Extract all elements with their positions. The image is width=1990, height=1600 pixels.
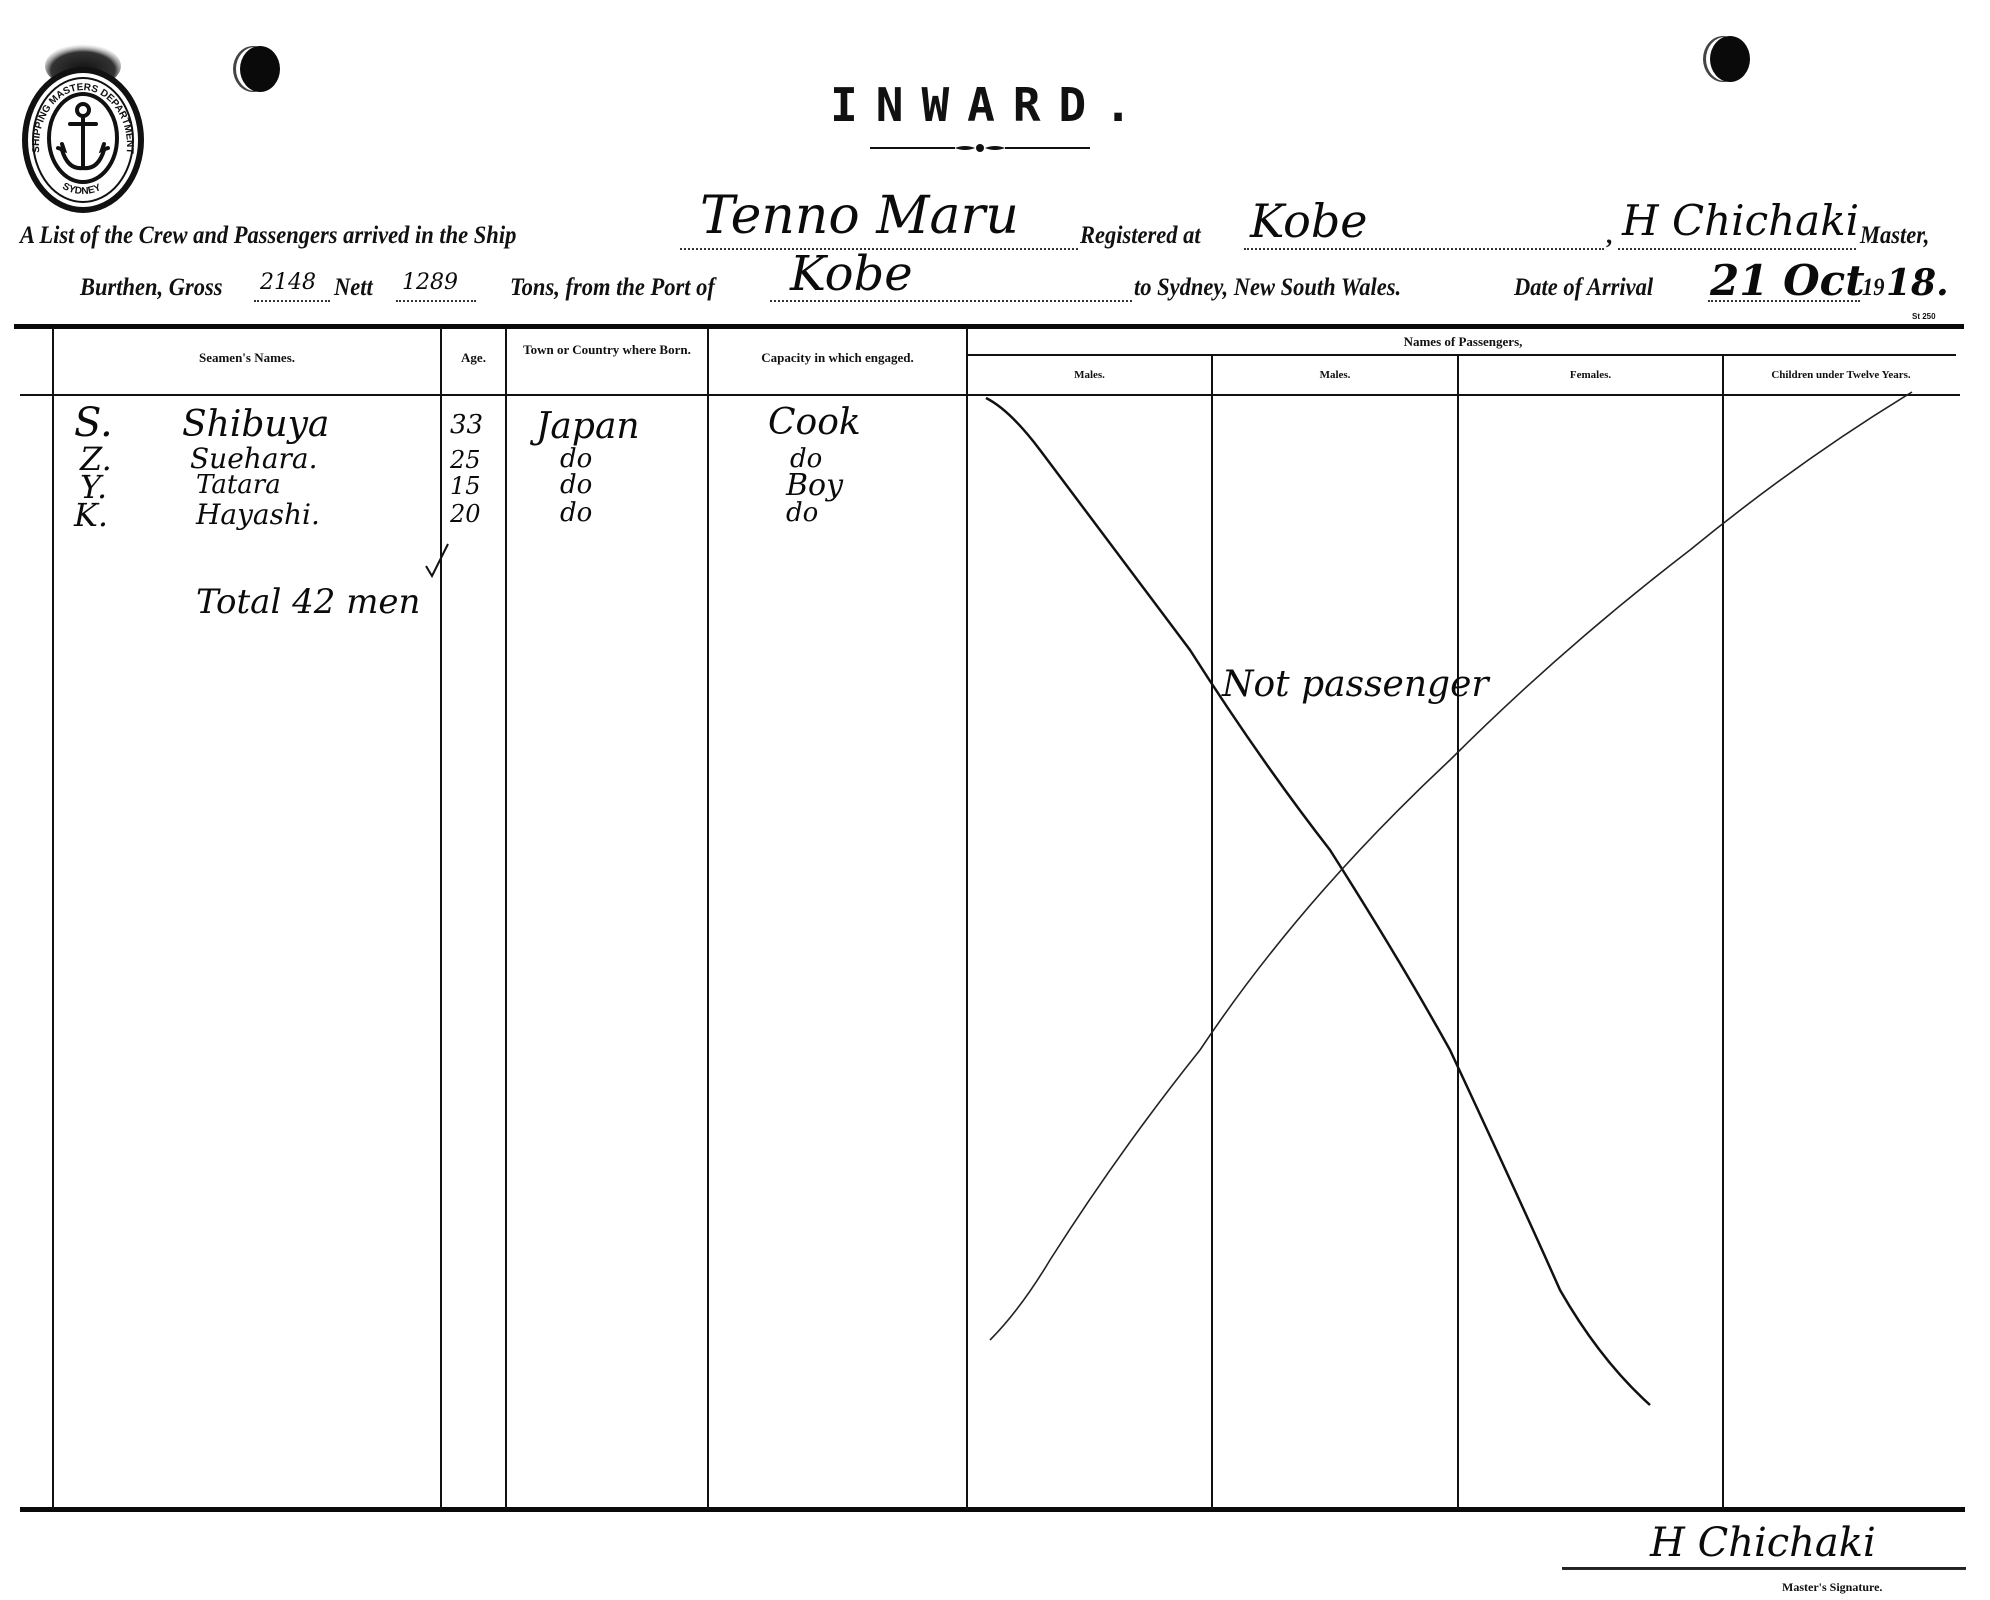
col-line-females-children xyxy=(1722,356,1724,1510)
table-top-rule xyxy=(14,324,1964,329)
row-born: do xyxy=(560,470,592,500)
col-header-capacity: Capacity in which engaged. xyxy=(709,350,966,365)
col-header-seamen-names: Seamen's Names. xyxy=(54,350,440,365)
nett-tons-value: 1289 xyxy=(402,270,458,295)
ship-name-value: Tenno Maru xyxy=(700,186,1019,246)
punch-hole-right xyxy=(1710,36,1750,82)
signature-label: Master's Signature. xyxy=(1782,1580,1882,1595)
col-header-passengers-children: Children under Twelve Years. xyxy=(1724,368,1958,383)
row-seaman-name: Tatara xyxy=(196,470,281,500)
registered-at-value: Kobe xyxy=(1250,194,1368,248)
table-bottom-rule xyxy=(20,1507,1965,1512)
col-line-name-age xyxy=(440,328,442,1510)
col-line-males-females xyxy=(1457,356,1459,1510)
destination-label: to Sydney, New South Wales. xyxy=(1134,274,1401,302)
title-flourish xyxy=(870,140,1090,156)
burthen-gross-label: Burthen, Gross xyxy=(80,274,223,302)
row-seaman-name: Hayashi. xyxy=(196,498,320,531)
col-header-age: Age. xyxy=(442,350,505,365)
master-name-field-line xyxy=(1618,248,1856,250)
punch-hole-left xyxy=(240,46,280,92)
row-capacity: Cook xyxy=(768,402,861,443)
registered-at-field-line xyxy=(1244,248,1604,250)
row-age: 20 xyxy=(450,500,481,528)
gross-tons-value: 2148 xyxy=(260,270,316,295)
master-name-value: H Chichaki xyxy=(1622,196,1859,245)
col-line-males-males xyxy=(1211,356,1213,1510)
crew-total: Total 42 men xyxy=(196,582,420,622)
col-line-left xyxy=(52,328,54,1510)
from-port-value: Kobe xyxy=(790,246,913,302)
header-bottom-rule xyxy=(20,394,1960,396)
col-header-passengers-males-1: Males. xyxy=(968,368,1211,383)
year-prefix: 19 xyxy=(1862,274,1885,302)
from-port-label: Tons, from the Port of xyxy=(510,274,715,302)
col-line-capacity-passengers xyxy=(966,328,968,1510)
registered-at-label: Registered at xyxy=(1080,222,1201,250)
shipping-masters-seal: SHIPPING MASTERS DEPARTMENT SYDNEY xyxy=(18,38,148,213)
row-seaman-name: Shibuya xyxy=(182,404,329,445)
arrival-date-label: Date of Arrival xyxy=(1514,274,1653,302)
row-age: 25 xyxy=(450,446,481,474)
row-born: do xyxy=(560,498,592,528)
row-age: 33 xyxy=(450,410,483,440)
col-line-born-capacity xyxy=(707,328,709,1510)
year-value: 18. xyxy=(1886,262,1949,304)
master-signature: H Chichaki xyxy=(1650,1520,1876,1566)
nett-tons-field-line xyxy=(396,300,476,302)
col-header-passengers-females: Females. xyxy=(1459,368,1722,383)
row-age: 15 xyxy=(450,472,481,500)
comma: , xyxy=(1606,222,1612,250)
page-title: INWARD. xyxy=(780,78,1200,132)
row-capacity: do xyxy=(786,498,818,528)
col-header-passengers-group: Names of Passengers, xyxy=(968,334,1958,349)
row-born: Japan xyxy=(536,406,640,447)
form-number: St 250 xyxy=(1912,312,1936,321)
col-line-age-born xyxy=(505,328,507,1510)
master-label: Master, xyxy=(1860,222,1929,250)
arrival-date-value: 21 Oct xyxy=(1710,256,1865,305)
row-initial: K. xyxy=(74,496,108,534)
passengers-group-divider xyxy=(966,354,1956,356)
nett-label: Nett xyxy=(334,274,373,302)
seal-icon: SHIPPING MASTERS DEPARTMENT SYDNEY xyxy=(18,38,148,213)
col-header-passengers-males-2: Males. xyxy=(1213,368,1457,383)
col-header-born: Town or Country where Born. xyxy=(512,342,702,357)
gross-tons-field-line xyxy=(254,300,330,302)
crew-list-intro-label: A List of the Crew and Passengers arrive… xyxy=(20,222,516,250)
checkmark-icon xyxy=(422,540,452,580)
signature-line xyxy=(1562,1567,1966,1570)
not-passenger-note: Not passenger xyxy=(1222,664,1489,705)
